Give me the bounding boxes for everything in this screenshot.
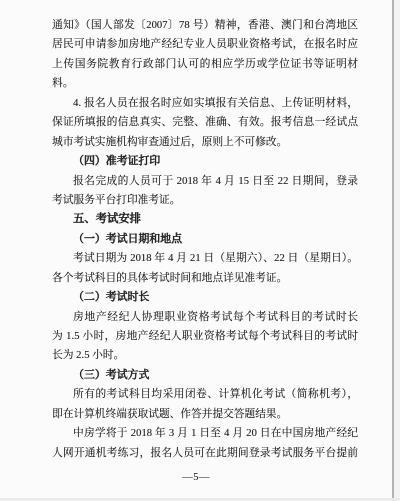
text-line: 房地产经纪人协理职业资格考试每个考试科目的考试时长 — [52, 308, 358, 327]
text-line: 所有的考试科目均采用闭卷、计算机化考试（简称机考）， — [52, 385, 358, 404]
text-line: 4. 报名人员在报名时应如实填报有关信息、上传证明材料， — [52, 94, 358, 113]
text-line: 考试日期为 2018 年 4 月 21 日（星期六）、22 日（星期日）。 — [52, 249, 358, 268]
scan-edge-band — [394, 0, 400, 501]
page-number: —5— — [0, 472, 392, 483]
text-line: 人网开通机考练习，报名人员可在此期间登录考试服务平台提前 — [52, 444, 358, 463]
document-body: 通知》（国人部发〔2007〕78 号）精神，香港、澳门和台湾地区 居民可申请参加… — [52, 16, 358, 463]
section-heading-line: 五、考试安排 — [52, 210, 358, 229]
text-line: 考试服务平台打印准考证。 — [52, 191, 358, 210]
text-line: 长为 2.5 小时。 — [52, 346, 358, 365]
scan-edge-line — [392, 0, 394, 501]
text-line: 中房学将于 2018 年 3 月 1 日至 4 月 20 日在中国房地产经纪 — [52, 424, 358, 443]
text-line: 为 1.5 小时，房地产经纪人职业资格考试每个考试科目的考试时 — [52, 327, 358, 346]
subsection-heading-line: （一）考试日期和地点 — [52, 230, 358, 249]
text-line: 城市考试实施机构审查通过后，原则上不可修改。 — [52, 133, 358, 152]
text-line: 料。 — [52, 74, 358, 93]
document-page: 通知》（国人部发〔2007〕78 号）精神，香港、澳门和台湾地区 居民可申请参加… — [0, 0, 400, 501]
text-line: 通知》（国人部发〔2007〕78 号）精神，香港、澳门和台湾地区 — [52, 16, 358, 35]
text-line: 即在计算机终端获取试题、作答并提交答题结果。 — [52, 405, 358, 424]
text-line: 各个考试科目的具体考试时间和地点详见准考证。 — [52, 269, 358, 288]
text-line: 报名完成的人员可于 2018 年 4 月 15 日至 22 日期间，登录 — [52, 172, 358, 191]
subsection-heading-line: （二）考试时长 — [52, 288, 358, 307]
text-line: 居民可申请参加房地产经纪专业人员职业资格考试，在报名时应 — [52, 35, 358, 54]
text-line: 保证所填报的信息真实、完整、准确、有效。报考信息一经试点 — [52, 113, 358, 132]
subsection-heading-line: （三）考试方式 — [52, 366, 358, 385]
text-line: 上传国务院教育行政部门认可的相应学历或学位证书等证明材 — [52, 55, 358, 74]
subsection-heading-line: （四）准考证打印 — [52, 152, 358, 171]
